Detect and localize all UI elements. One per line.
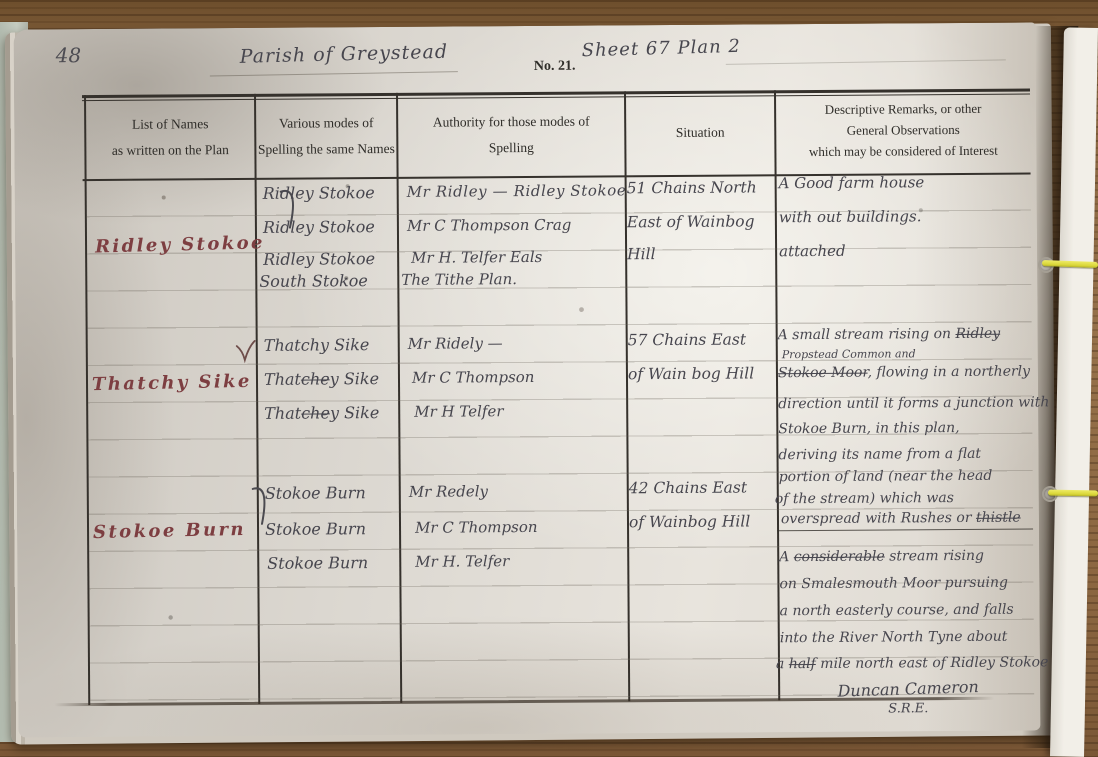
col-header-remarks-line1: Descriptive Remarks, or other: [825, 101, 982, 118]
spelling-entry: Thatchey Sike: [264, 403, 379, 423]
remarks-line: direction until it forms a junction with: [778, 394, 1049, 412]
col-header-names-line2: as written on the Plan: [112, 142, 229, 159]
remarks-struck-part: Stokoe Moor: [778, 365, 868, 382]
col-header-names-line1: List of Names: [132, 116, 209, 133]
remarks-part: a: [776, 656, 789, 672]
photographed-name-book: { "doc": { "corner_mark": "2", "page_num…: [0, 0, 1098, 757]
remarks-part: stream rising: [885, 548, 984, 565]
plan-name: Ridley Stokoe: [95, 232, 265, 257]
remarks-line: portion of land (near the head: [779, 468, 993, 485]
authority-entry: Mr Ridley — Ridley Stokoe: [407, 181, 627, 201]
situation-line: 42 Chains East: [629, 478, 747, 497]
remarks-line: A small stream rising on Ridley: [778, 326, 1001, 344]
situation-line: East of Wainbog: [627, 212, 755, 231]
remarks-struck-part: considerable: [794, 549, 885, 566]
sheet-plan-title: Sheet 67 Plan 2: [581, 36, 741, 61]
spelling-entry: Ridley Stokoe: [263, 183, 375, 203]
situation-line: 51 Chains North: [627, 178, 757, 197]
remarks-line: a half mile north east of Ridley Stokoe: [776, 654, 1048, 672]
plan-name: Thatchy Sike: [92, 371, 252, 395]
sheet-number-label: No. 21.: [534, 59, 576, 75]
situation-line: of Wain bog Hill: [628, 364, 754, 383]
spelling-entry: Stokoe Burn: [267, 553, 368, 573]
spelling-struck-part: che: [301, 403, 330, 422]
remarks-struck-part: thistle: [976, 510, 1021, 526]
spelling-part: y Sike: [330, 369, 380, 388]
authority-entry: Mr Ridely —: [408, 334, 503, 353]
remarks-struck-part: half: [789, 656, 816, 672]
remarks-part: overspread with Rushes or: [781, 510, 976, 527]
examiner-credential: S.R.E.: [888, 701, 928, 716]
authority-entry: Mr C Thompson Crag: [407, 216, 572, 235]
spelling-part: That: [264, 404, 301, 423]
col-header-authority-line1: Authority for those modes of: [433, 114, 590, 131]
header-rule: [726, 59, 1006, 64]
binding-thread: [1048, 490, 1098, 497]
authority-entry: Mr Redely: [409, 482, 488, 501]
spelling-entry: Thatchy Sike: [264, 335, 370, 355]
spelling-entry: South Stokoe: [259, 271, 368, 291]
checkmark-icon: [234, 338, 258, 368]
authority-entry: Mr C Thompson: [415, 518, 538, 537]
authority-entry: Mr H Telfer: [414, 402, 503, 421]
remarks-part: mile north east of Ridley Stokoe: [816, 654, 1049, 672]
remarks-inserted-line: Propstead Common and: [782, 347, 916, 361]
remarks-line: A Good farm house: [779, 173, 925, 192]
spelling-entry: Thatchey Sike: [264, 369, 379, 389]
remarks-part: , flowing in a northerly: [868, 363, 1031, 380]
remarks-line: a north easterly course, and falls: [780, 602, 1014, 620]
parish-underline: [210, 71, 458, 76]
remarks-line: A considerable stream rising: [779, 548, 984, 565]
col-header-situation: Situation: [676, 125, 725, 141]
situation-line: 57 Chains East: [628, 330, 746, 349]
remarks-line: on Smalesmouth Moor pursuing: [779, 575, 1008, 593]
remarks-line: deriving its name from a flat: [778, 446, 981, 463]
authority-entry: The Tithe Plan.: [401, 270, 517, 289]
spelling-entry: Ridley Stokoe: [263, 249, 375, 269]
remarks-struck-part: Ridley: [955, 326, 1000, 342]
spelling-entry: Stokoe Burn: [265, 483, 366, 503]
remarks-line: of the stream) which was: [775, 490, 954, 507]
plan-name: Stokoe Burn: [93, 519, 246, 543]
col-header-authority-line2: Spelling: [489, 140, 534, 156]
ink-specks: [14, 30, 16, 32]
remarks-part: A: [779, 549, 794, 565]
remarks-line: attached: [779, 242, 846, 260]
col-header-remarks-line3: which may be considered of Interest: [809, 143, 998, 160]
parish-title: Parish of Greystead: [239, 41, 448, 68]
name-book-page: 48 Parish of Greystead No. 21. Sheet 67 …: [14, 22, 1041, 737]
spelling-part: That: [264, 370, 301, 389]
remarks-line: into the River North Tyne about: [780, 629, 1008, 647]
spelling-entry: Ridley Stokoe: [263, 217, 375, 237]
remarks-line: overspread with Rushes or thistle: [781, 510, 1021, 528]
col-header-spelling-line1: Various modes of: [279, 115, 374, 132]
authority-entry: Mr C Thompson: [412, 368, 535, 387]
remarks-part: A small stream rising on: [778, 326, 956, 343]
situation-line: of Wainbog Hill: [629, 512, 750, 531]
spelling-struck-part: che: [301, 369, 330, 388]
col-header-spelling-line2: Spelling the same Names: [258, 141, 395, 158]
remarks-line: with out buildings.: [779, 207, 922, 226]
remarks-line: Stokoe Moor, flowing in a northerly: [778, 363, 1030, 381]
situation-line: Hill: [627, 245, 656, 263]
page-number: 48: [56, 43, 82, 67]
spelling-part: y Sike: [330, 403, 380, 422]
authority-entry: Mr H. Telfer Eals: [411, 248, 542, 267]
spelling-entry: Stokoe Burn: [265, 519, 366, 539]
authority-entry: Mr H. Telfer: [415, 552, 509, 571]
col-header-remarks-line2: General Observations: [847, 122, 960, 139]
remarks-line: Stokoe Burn, in this plan,: [778, 420, 959, 437]
